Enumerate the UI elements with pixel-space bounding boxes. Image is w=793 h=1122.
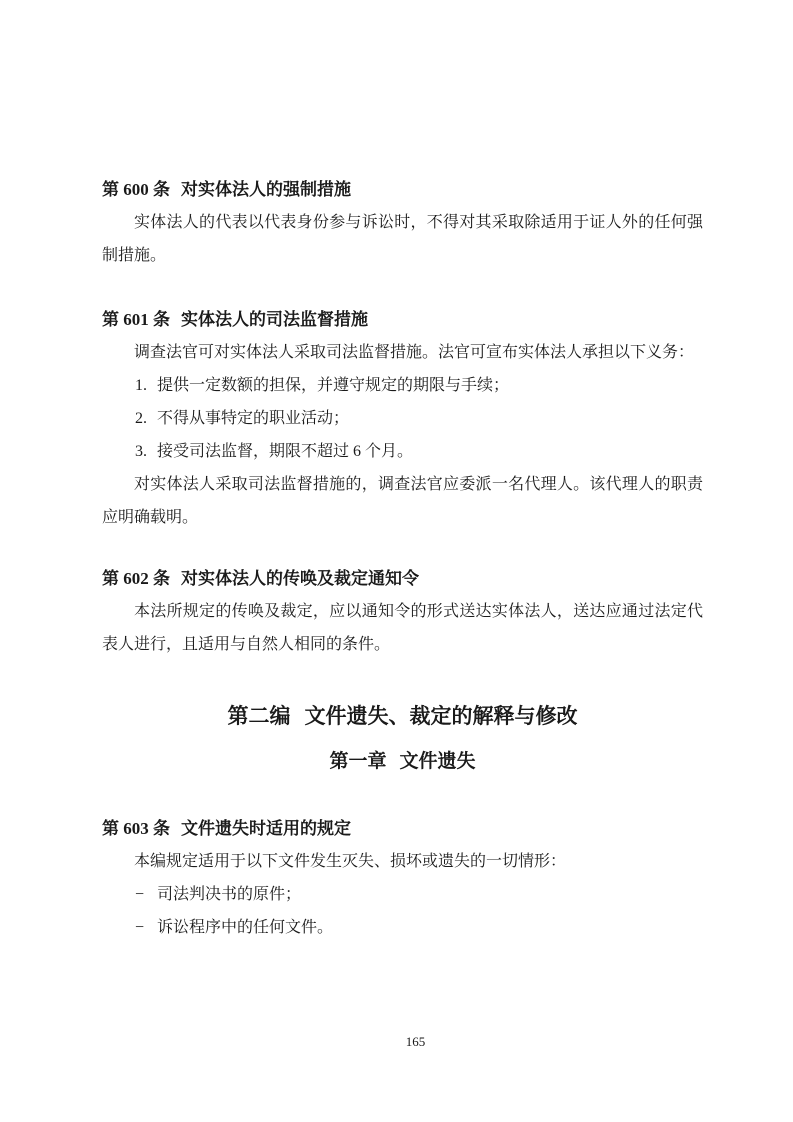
article-603-intro: 本编规定适用于以下文件发生灭失、损坏或遗失的一切情形：: [102, 845, 703, 878]
article-601-number: 第 601 条: [102, 310, 170, 329]
list-item-text: 不得从事特定的职业活动；: [157, 410, 349, 427]
dash-marker: −: [135, 878, 157, 911]
list-item-text: 司法判决书的原件；: [157, 886, 301, 903]
chapter-heading: 第一章文件遗失: [102, 739, 703, 784]
chapter-number: 第一章: [329, 751, 386, 772]
list-item-text: 提供一定数额的担保，并遵守规定的期限与手续；: [157, 377, 509, 394]
article-600-number: 第 600 条: [102, 180, 170, 199]
article-603-title: 文件遗失时适用的规定: [181, 819, 351, 838]
list-marker: 2.: [135, 402, 157, 435]
article-601-closing: 对实体法人采取司法监督措施的，调查法官应委派一名代理人。该代理人的职责应明确载明…: [102, 468, 703, 534]
article-600-title: 对实体法人的强制措施: [181, 180, 351, 199]
article-601-intro: 调查法官可对实体法人采取司法监督措施。法官可宣布实体法人承担以下义务：: [102, 336, 703, 369]
article-602-title: 对实体法人的传唤及裁定通知令: [181, 569, 419, 588]
article-600-heading: 第 600 条对实体法人的强制措施: [102, 173, 703, 206]
article-602-paragraph: 本法所规定的传唤及裁定，应以通知令的形式送达实体法人，送达应通过法定代表人进行，…: [102, 595, 703, 661]
dash-marker: −: [135, 911, 157, 944]
article-603-number: 第 603 条: [102, 819, 170, 838]
part-title: 文件遗失、裁定的解释与修改: [305, 704, 578, 728]
chapter-title: 文件遗失: [400, 751, 476, 772]
article-603-item-2: −诉讼程序中的任何文件。: [102, 911, 703, 944]
list-item-text: 接受司法监督，期限不超过 6 个月。: [157, 443, 413, 460]
list-marker: 1.: [135, 369, 157, 402]
article-603-item-1: −司法判决书的原件；: [102, 878, 703, 911]
article-601-heading: 第 601 条实体法人的司法监督措施: [102, 303, 703, 336]
article-600-paragraph: 实体法人的代表以代表身份参与诉讼时，不得对其采取除适用于证人外的任何强制措施。: [102, 206, 703, 272]
list-item-text: 诉讼程序中的任何文件。: [157, 919, 333, 936]
article-601-item-1: 1.提供一定数额的担保，并遵守规定的期限与手续；: [102, 369, 703, 402]
article-603-heading: 第 603 条文件遗失时适用的规定: [102, 812, 703, 845]
article-601-title: 实体法人的司法监督措施: [181, 310, 368, 329]
part-number: 第二编: [228, 704, 291, 728]
page-number: 165: [0, 1032, 793, 1052]
part-heading: 第二编文件遗失、裁定的解释与修改: [102, 694, 703, 739]
article-602-heading: 第 602 条对实体法人的传唤及裁定通知令: [102, 562, 703, 595]
article-601-item-2: 2.不得从事特定的职业活动；: [102, 402, 703, 435]
article-602-number: 第 602 条: [102, 569, 170, 588]
article-601-item-3: 3.接受司法监督，期限不超过 6 个月。: [102, 435, 703, 468]
list-marker: 3.: [135, 435, 157, 468]
document-page: 第 600 条对实体法人的强制措施 实体法人的代表以代表身份参与诉讼时，不得对其…: [0, 0, 793, 1122]
